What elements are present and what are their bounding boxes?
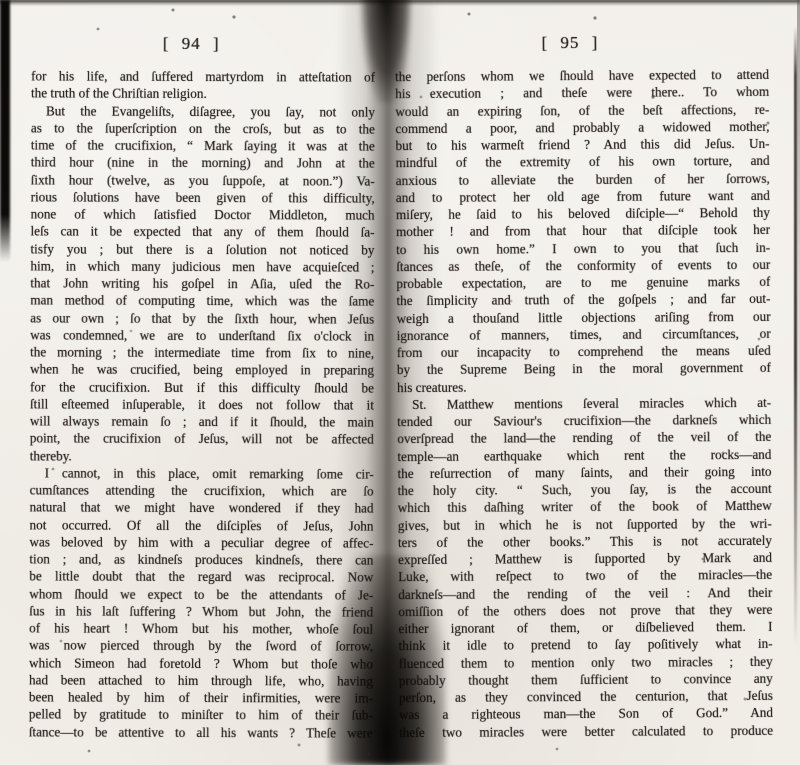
text-line: would an expiring ſon, of the beſt affec… [395,100,769,120]
text-line: third hour (nine in the morning) and Joh… [31,154,375,172]
text-line: by the Supreme Being in the moral govern… [397,359,771,379]
text-line: as our own ; ſo that by the ſixth hour, … [30,309,374,327]
text-line: ſixth hour (twelve, as you ſuppoſe, at n… [31,171,375,189]
text-line: been healed by him of their infirmities,… [29,688,373,706]
text-line: when he was crucified, being employed in… [30,361,374,379]
text-line: anxious to alleviate the burden of her ſ… [396,169,770,189]
text-line: tion ; and, as kindneſs produces kindneſ… [29,550,373,568]
text-line: mother ! and from that hour that diſcipl… [396,221,770,241]
text-line: tisfy you ; but there is a ſolution not … [30,240,374,258]
text-line: gives, but in which he is not ſupported … [398,514,772,534]
left-edge-shadow [0,0,10,262]
text-line: ſus in his laſt ſuffering ? Whom but Joh… [29,602,373,620]
text-line: was a righteous man—the Son of God.” And [399,704,773,724]
text-line: point, the crucifixion of Jeſus, will no… [30,430,374,448]
text-line: rious ſolutions have been given of this … [31,188,375,206]
text-line: temple—an earthquake which rent the rock… [397,445,771,465]
text-line: Luke, with reſpect to two of the miracle… [398,566,772,586]
text-line: none of which ſatisfied Doctor Middleton… [31,205,375,223]
text-line: his execution ; and theſe were there.. T… [395,83,769,103]
text-line: be little doubt that the regard was reci… [29,568,373,586]
text-line: weigh a thouſand little objections ariſi… [397,307,771,327]
left-page-text: for his life, and ſuffered martyrdom in … [29,67,375,741]
text-line: of his heart ! Whom but his mother, whoſ… [29,619,373,637]
gutter-top-shadow [360,0,412,103]
text-line: as to the ſuperſcription on the croſs, b… [31,119,375,137]
text-line: which Simeon had foretold ? Whom but tho… [29,654,373,672]
text-line: not occurred. Of all the diſciples of Je… [29,516,373,534]
text-line: will always remain ſo ; and if it ſhould… [30,412,374,430]
text-line: which this daſhing writer of the book of… [398,497,772,517]
text-line: time of the crucifixion, “ Mark ſaying i… [31,136,375,154]
text-line: cumſtances attending the crucifixion, wh… [30,481,374,499]
text-line: whom ſhould we expect to be the attendan… [29,585,373,603]
text-line: mindful of the extremity of his own tort… [396,152,770,172]
text-line: was now pierced through by the ſword of … [29,637,373,655]
text-line: darkneſs—and the rending of the veil : A… [398,583,772,603]
text-line: for his life, and ſuffered martyrdom in … [31,67,375,85]
text-line: ſtance—to be attentive to all his wants … [29,723,373,741]
text-line: fluenced them to mention only two miracl… [399,652,773,672]
text-line: for the crucifixion. But if this difficu… [30,378,374,396]
text-line: theſe two miracles were better calculate… [399,721,773,741]
text-line: think it idle to pretend to ſay poſitive… [399,635,773,655]
text-line: was condemned, we are to underſtand ſix … [30,326,374,344]
text-line: had been attached to him through life, w… [29,671,373,689]
text-line: man method of computing time, which was … [30,292,374,310]
text-line: thereby. [30,447,374,465]
text-line: the morning ; the intermediate time from… [30,343,374,361]
text-line: leſs can it be expected that any of them… [31,223,375,241]
text-line: the ſimplicity and truth of the goſpels … [396,290,770,310]
text-line: was beloved by him with a peculiar degre… [29,533,373,551]
text-line: pelled by gratitude to miniſter to him o… [29,706,373,724]
text-line: But the Evangeliſts, diſagree, you ſay, … [31,102,375,120]
left-page: [ 94 ] for his life, and ſuffered martyr… [29,33,375,741]
text-line: that John writing his goſpel in Aſia, uſ… [30,274,374,292]
text-line: him, in which many judicious men have ac… [30,257,374,275]
text-line: natural that we might have wondered if t… [30,499,374,517]
text-line: overſpread the land—the rending of the v… [397,428,771,448]
left-page-number: [ 94 ] [19,33,363,56]
gutter-bottom-shadow [328,555,446,765]
right-page: [ 95 ] the perſons whom we ſhould have e… [395,32,773,741]
dust-speckles [0,0,2,2]
right-page-text: the perſons whom we ſhould have expected… [395,66,773,741]
text-line: I cannot, in this place, omit remarking … [30,464,374,482]
text-line: to his own home.” I own to you that ſuch… [396,238,770,258]
text-line: ſtill eſteemed inſuperable, it does not … [30,395,374,413]
text-line: the truth of the Chriſtian religion. [31,85,375,103]
